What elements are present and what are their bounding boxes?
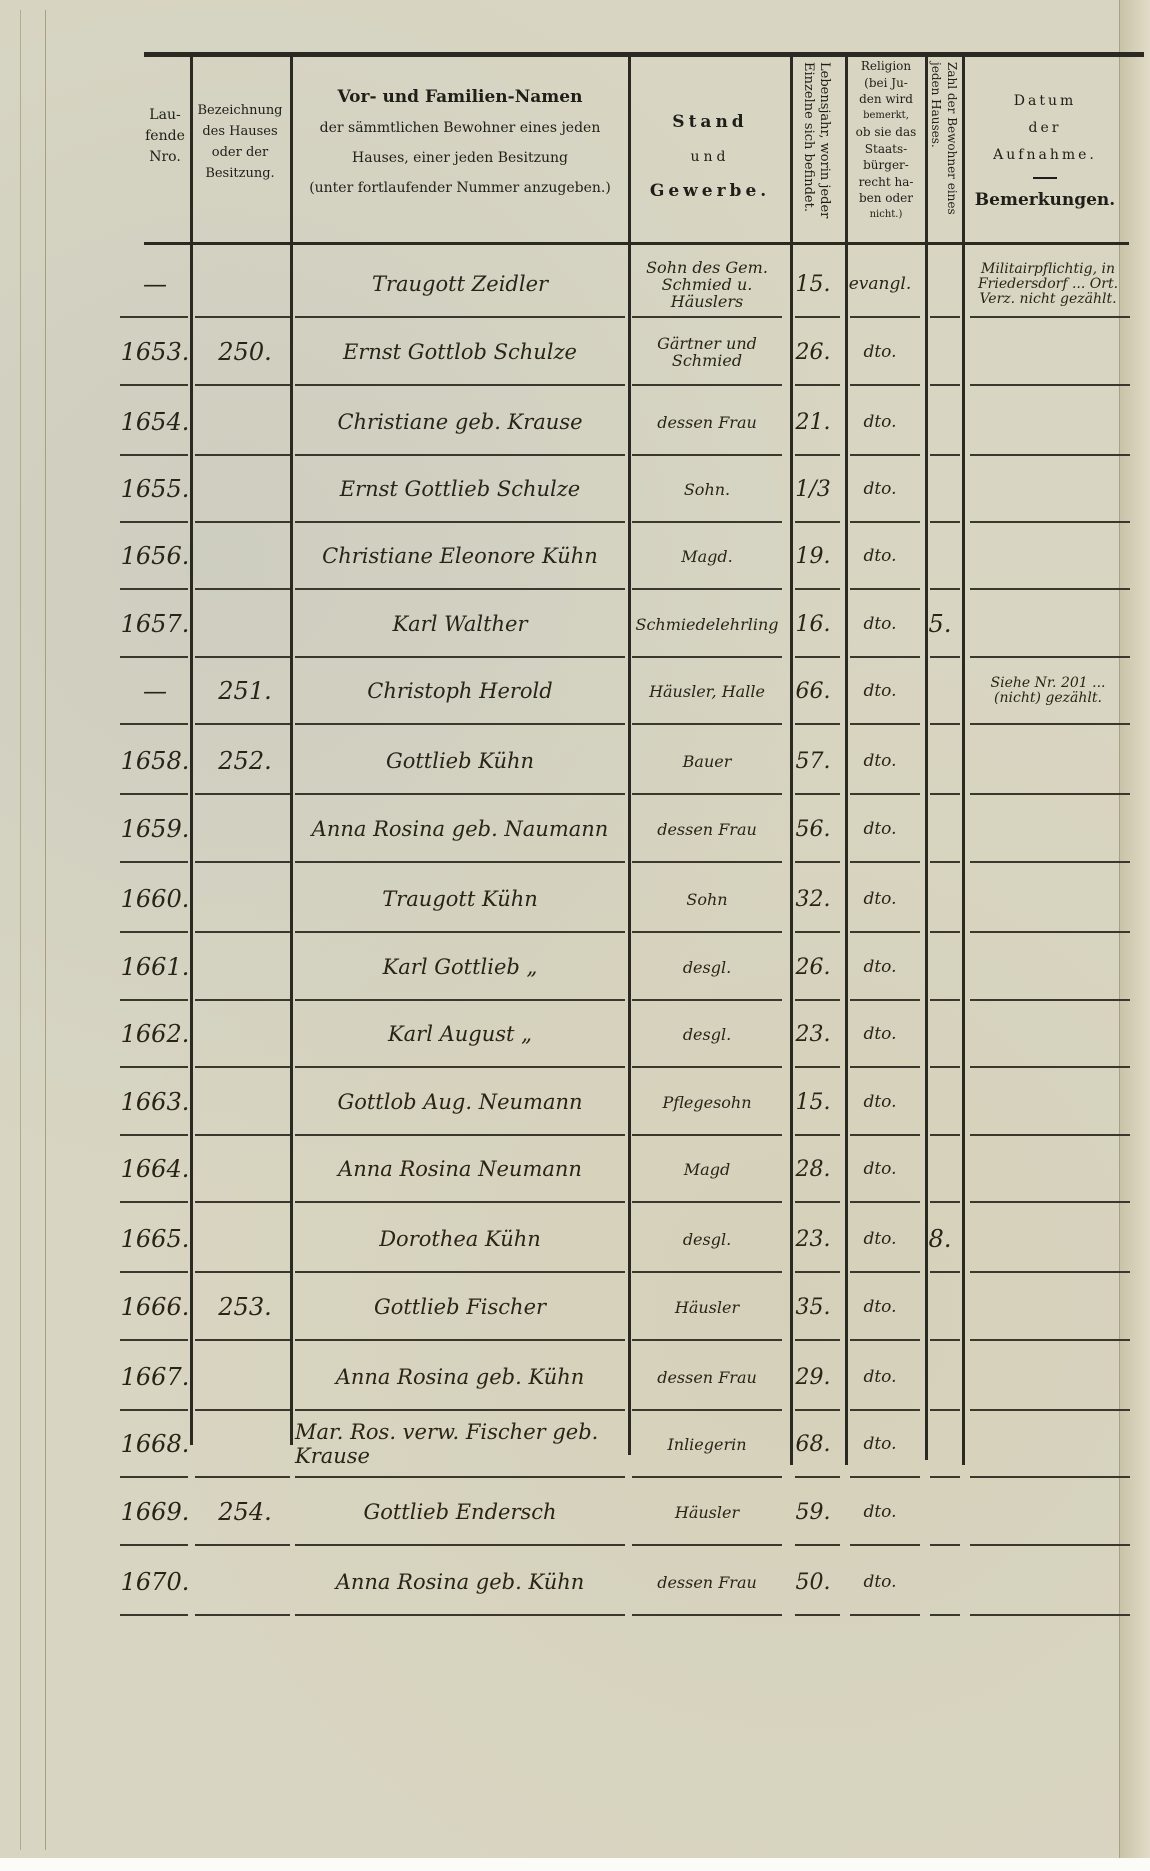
- row-nro: —: [125, 250, 185, 318]
- row-rule: [930, 384, 960, 386]
- row-occupation: Sohn des Gem. Schmied u. Häuslers: [632, 250, 782, 318]
- row-rule: [850, 723, 920, 725]
- row-age: 66.: [788, 657, 838, 725]
- header-nro: Lau- fende Nro.: [142, 105, 188, 168]
- header-text: nicht.): [848, 207, 924, 224]
- row-nro: 1658.: [125, 727, 185, 795]
- row-rule: [195, 384, 290, 386]
- row-age: 21.: [788, 388, 838, 456]
- row-nro: 1656.: [125, 522, 185, 590]
- row-rule: [930, 1614, 960, 1616]
- row-rule: [632, 1201, 782, 1203]
- row-rule: [970, 1201, 1130, 1203]
- row-house-number: 254.: [200, 1478, 290, 1546]
- row-occupation: Magd: [632, 1135, 782, 1203]
- row-household-count: [920, 455, 960, 523]
- row-household-count: [920, 727, 960, 795]
- row-rule: [120, 723, 188, 725]
- row-house-number: [200, 795, 290, 863]
- row-household-count: [920, 318, 960, 386]
- row-religion: dto.: [845, 522, 915, 590]
- row-rule: [295, 723, 625, 725]
- row-name: Ernst Gottlieb Schulze: [295, 455, 625, 523]
- row-rule: [295, 1201, 625, 1203]
- row-rule: [930, 1544, 960, 1546]
- row-rule: [795, 1544, 840, 1546]
- row-rule: [930, 1339, 960, 1341]
- row-house-number: 250.: [200, 318, 290, 386]
- row-religion: dto.: [845, 795, 915, 863]
- row-house-number: [200, 1343, 290, 1411]
- row-rule: [850, 1544, 920, 1546]
- row-household-count: [920, 1410, 960, 1478]
- row-name: Anna Rosina Neumann: [295, 1135, 625, 1203]
- row-rule: [120, 1544, 188, 1546]
- row-household-count: [920, 1548, 960, 1616]
- header-alter: Lebensjahr, worin jeder Einzelne sich be…: [800, 62, 832, 237]
- header-title: Bemerkungen.: [975, 190, 1115, 210]
- row-rule: [632, 1614, 782, 1616]
- header-text: Staats-: [848, 141, 924, 158]
- row-house-number: [200, 1135, 290, 1203]
- row-religion: dto.: [845, 1068, 915, 1136]
- row-rule: [930, 1201, 960, 1203]
- row-occupation: Schmiedelehrling: [632, 590, 782, 658]
- header-text: (bei Ju-: [848, 75, 924, 92]
- row-rule: [970, 1339, 1130, 1341]
- row-house-number: [200, 522, 290, 590]
- table-row: 1667. Anna Rosina geb. Kühn dessen Frau …: [120, 1343, 1130, 1411]
- row-occupation: dessen Frau: [632, 1548, 782, 1616]
- row-nro: 1659.: [125, 795, 185, 863]
- header-title: Gewerbe.: [650, 181, 770, 201]
- row-rule: [195, 1339, 290, 1341]
- row-remarks: [968, 1548, 1128, 1616]
- row-nro: 1662.: [125, 1000, 185, 1068]
- row-age: 29.: [788, 1343, 838, 1411]
- row-nro: 1660.: [125, 865, 185, 933]
- row-religion: dto.: [845, 455, 915, 523]
- table-row: 1658. 252. Gottlieb Kühn Bauer 57. dto.: [120, 727, 1130, 795]
- row-house-number: [200, 250, 290, 318]
- row-household-count: 5.: [920, 590, 960, 658]
- header-text: der: [965, 115, 1125, 142]
- row-rule: [795, 384, 840, 386]
- row-household-count: [920, 1343, 960, 1411]
- row-age: 15.: [788, 1068, 838, 1136]
- row-religion: dto.: [845, 318, 915, 386]
- row-nro: 1663.: [125, 1068, 185, 1136]
- top-rule: [144, 52, 1144, 57]
- row-rule: [195, 1201, 290, 1203]
- row-remarks: [968, 522, 1128, 590]
- row-house-number: [200, 1548, 290, 1616]
- row-remarks: Militairpflichtig, in Frieders­dorf ... …: [968, 250, 1128, 318]
- header-text: Besitzung.: [192, 163, 288, 184]
- table-row: 1666. 253. Gottlieb Fischer Häusler 35. …: [120, 1273, 1130, 1341]
- row-nro: 1655.: [125, 455, 185, 523]
- row-rule: [795, 723, 840, 725]
- row-household-count: [920, 1000, 960, 1068]
- row-household-count: 8.: [920, 1205, 960, 1273]
- row-remarks: [968, 1478, 1128, 1546]
- row-rule: [795, 1201, 840, 1203]
- row-age: 59.: [788, 1478, 838, 1546]
- row-name: Christoph Herold: [295, 657, 625, 725]
- row-age: 28.: [788, 1135, 838, 1203]
- header-text: Lau-: [142, 105, 188, 126]
- row-rule: [632, 861, 782, 863]
- row-occupation: desgl.: [632, 933, 782, 1001]
- row-rule: [850, 1614, 920, 1616]
- row-occupation: Gärtner und Schmied: [632, 318, 782, 386]
- header-religion: Religion (bei Ju- den wird bemerkt, ob s…: [848, 58, 924, 223]
- row-age: 50.: [788, 1548, 838, 1616]
- row-rule: [295, 384, 625, 386]
- row-house-number: [200, 1410, 290, 1478]
- header-text: den wird: [848, 91, 924, 108]
- row-religion: dto.: [845, 1343, 915, 1411]
- table-row: 1661. Karl Gottlieb „ desgl. 26. dto.: [120, 933, 1130, 1001]
- row-household-count: [920, 1068, 960, 1136]
- table-row: 1657. Karl Walther Schmiedelehrling 16. …: [120, 590, 1130, 658]
- header-text: ob sie das: [848, 124, 924, 141]
- header-text: Hauses, einer jeden Besitzung: [295, 143, 625, 173]
- row-name: Gottlieb Fischer: [295, 1273, 625, 1341]
- row-household-count: [920, 933, 960, 1001]
- row-rule: [795, 861, 840, 863]
- row-religion: evangl.: [845, 250, 915, 318]
- row-rule: [195, 861, 290, 863]
- header-text: der sämmtlichen Bewohner eines jeden: [295, 113, 625, 143]
- row-rule: [850, 1201, 920, 1203]
- row-remarks: [968, 1000, 1128, 1068]
- row-remarks: [968, 865, 1128, 933]
- row-rule: [970, 861, 1130, 863]
- row-remarks: [968, 795, 1128, 863]
- row-house-number: [200, 865, 290, 933]
- row-remarks: [968, 933, 1128, 1001]
- row-rule: [970, 1544, 1130, 1546]
- row-remarks: [968, 727, 1128, 795]
- row-nro: 1667.: [125, 1343, 185, 1411]
- row-rule: [120, 861, 188, 863]
- row-religion: dto.: [845, 1205, 915, 1273]
- row-household-count: [920, 795, 960, 863]
- row-religion: dto.: [845, 1135, 915, 1203]
- row-occupation: Häusler: [632, 1273, 782, 1341]
- row-house-number: [200, 455, 290, 523]
- row-religion: dto.: [845, 865, 915, 933]
- row-household-count: [920, 250, 960, 318]
- table-row: 1659. Anna Rosina geb. Naumann dessen Fr…: [120, 795, 1130, 863]
- row-rule: [930, 723, 960, 725]
- row-house-number: [200, 1068, 290, 1136]
- row-name: Traugott Kühn: [295, 865, 625, 933]
- header-text: Religion: [848, 58, 924, 75]
- header-text: Aufnahme.: [965, 142, 1125, 169]
- row-household-count: [920, 657, 960, 725]
- row-occupation: Bauer: [632, 727, 782, 795]
- row-occupation: Inliegerin: [632, 1410, 782, 1478]
- row-name: Karl Walther: [295, 590, 625, 658]
- header-text: Bezeichnung: [192, 100, 288, 121]
- row-occupation: dessen Frau: [632, 1343, 782, 1411]
- row-religion: dto.: [845, 1000, 915, 1068]
- row-nro: 1670.: [125, 1548, 185, 1616]
- row-remarks: Siehe Nr. 201 ... (nicht) gezählt.: [968, 657, 1128, 725]
- row-house-number: 251.: [200, 657, 290, 725]
- row-age: 32.: [788, 865, 838, 933]
- row-remarks: [968, 1273, 1128, 1341]
- row-rule: [850, 1339, 920, 1341]
- row-house-number: [200, 933, 290, 1001]
- row-rule: [120, 1201, 188, 1203]
- row-nro: 1669.: [125, 1478, 185, 1546]
- header-namen: Vor- und Familien-Namen der sämmtlichen …: [295, 82, 625, 203]
- row-nro: —: [125, 657, 185, 725]
- row-remarks: [968, 1068, 1128, 1136]
- row-name: Karl Gottlieb „: [295, 933, 625, 1001]
- row-religion: dto.: [845, 1478, 915, 1546]
- table-row: 1662. Karl August „ desgl. 23. dto.: [120, 1000, 1130, 1068]
- header-datum: Datum der Aufnahme. Bemerkungen.: [965, 88, 1125, 215]
- row-name: Anna Rosina geb. Naumann: [295, 795, 625, 863]
- row-rule: [120, 1614, 188, 1616]
- row-house-number: [200, 590, 290, 658]
- row-household-count: [920, 1135, 960, 1203]
- row-house-number: [200, 1000, 290, 1068]
- table-row: 1670. Anna Rosina geb. Kühn dessen Frau …: [120, 1548, 1130, 1616]
- row-age: 26.: [788, 318, 838, 386]
- header-text: oder der: [192, 142, 288, 163]
- header-text: bürger-: [848, 157, 924, 174]
- row-religion: dto.: [845, 388, 915, 456]
- header-text: Datum: [965, 88, 1125, 115]
- row-nro: 1668.: [125, 1410, 185, 1478]
- row-religion: dto.: [845, 657, 915, 725]
- table-row: — 251. Christoph Herold Häusler, Halle 6…: [120, 657, 1130, 725]
- header-text: recht ha-: [848, 174, 924, 191]
- row-remarks: [968, 455, 1128, 523]
- row-age: 15.: [788, 250, 838, 318]
- row-age: 1/3: [788, 455, 838, 523]
- row-remarks: [968, 1135, 1128, 1203]
- row-name: Mar. Ros. verw. Fischer geb. Krause: [295, 1410, 625, 1478]
- row-name: Christiane geb. Krause: [295, 388, 625, 456]
- row-remarks: [968, 318, 1128, 386]
- header-text: ben oder: [848, 190, 924, 207]
- row-rule: [632, 1544, 782, 1546]
- row-rule: [295, 1339, 625, 1341]
- row-remarks: [968, 1343, 1128, 1411]
- row-name: Traugott Zeidler: [295, 250, 625, 318]
- row-nro: 1665.: [125, 1205, 185, 1273]
- row-occupation: dessen Frau: [632, 795, 782, 863]
- row-name: Gottlieb Kühn: [295, 727, 625, 795]
- header-title: Stand: [672, 112, 747, 132]
- row-age: 26.: [788, 933, 838, 1001]
- header-stand: Stand und Gewerbe.: [632, 105, 788, 209]
- row-rule: [295, 1544, 625, 1546]
- row-house-number: [200, 388, 290, 456]
- row-house-number: 253.: [200, 1273, 290, 1341]
- row-rule: [195, 723, 290, 725]
- row-age: 57.: [788, 727, 838, 795]
- row-nro: 1666.: [125, 1273, 185, 1341]
- row-age: 19.: [788, 522, 838, 590]
- row-religion: dto.: [845, 727, 915, 795]
- row-name: Gottlieb Endersch: [295, 1478, 625, 1546]
- row-religion: dto.: [845, 933, 915, 1001]
- page-stack-edge: [0, 10, 46, 1850]
- row-nro: 1654.: [125, 388, 185, 456]
- row-household-count: [920, 1478, 960, 1546]
- header-zahl: Zahl der Bewohner eines jeden Hauses.: [928, 62, 960, 237]
- header-text: des Hauses: [192, 121, 288, 142]
- table-row: 1664. Anna Rosina Neumann Magd 28. dto.: [120, 1135, 1130, 1203]
- row-name: Gottlob Aug. Neumann: [295, 1068, 625, 1136]
- table-row: 1653. 250. Ernst Gottlob Schulze Gärtner…: [120, 318, 1130, 386]
- header-divider: [1033, 177, 1057, 179]
- header-text: und: [632, 140, 788, 174]
- row-occupation: Häusler, Halle: [632, 657, 782, 725]
- row-nro: 1661.: [125, 933, 185, 1001]
- row-rule: [970, 384, 1130, 386]
- row-rule: [295, 861, 625, 863]
- row-name: Anna Rosina geb. Kühn: [295, 1548, 625, 1616]
- row-rule: [795, 1339, 840, 1341]
- row-remarks: [968, 590, 1128, 658]
- row-name: Karl August „: [295, 1000, 625, 1068]
- row-nro: 1664.: [125, 1135, 185, 1203]
- row-occupation: desgl.: [632, 1000, 782, 1068]
- row-rule: [850, 384, 920, 386]
- table-row: 1668. Mar. Ros. verw. Fischer geb. Kraus…: [120, 1410, 1130, 1478]
- row-rule: [795, 1614, 840, 1616]
- row-religion: dto.: [845, 1410, 915, 1478]
- row-age: 35.: [788, 1273, 838, 1341]
- row-rule: [970, 723, 1130, 725]
- row-nro: 1657.: [125, 590, 185, 658]
- table-row: 1665. Dorothea Kühn desgl. 23. dto. 8.: [120, 1205, 1130, 1273]
- header-text: (unter fortlaufender Nummer anzugeben.): [295, 173, 625, 203]
- row-household-count: [920, 1273, 960, 1341]
- row-name: Christiane Eleonore Kühn: [295, 522, 625, 590]
- row-rule: [970, 1614, 1130, 1616]
- row-name: Dorothea Kühn: [295, 1205, 625, 1273]
- row-religion: dto.: [845, 590, 915, 658]
- header-text: bemerkt,: [848, 108, 924, 125]
- row-age: 68.: [788, 1410, 838, 1478]
- row-name: Anna Rosina geb. Kühn: [295, 1343, 625, 1411]
- row-rule: [632, 1339, 782, 1341]
- row-rule: [195, 1544, 290, 1546]
- register-page: Lau- fende Nro. Bezeichnung des Hauses o…: [0, 0, 1150, 1858]
- row-occupation: Sohn: [632, 865, 782, 933]
- row-household-count: [920, 865, 960, 933]
- table-row: — Traugott Zeidler Sohn des Gem. Schmied…: [120, 250, 1130, 318]
- row-rule: [120, 384, 188, 386]
- table-row: 1654. Christiane geb. Krause dessen Frau…: [120, 388, 1130, 456]
- row-occupation: dessen Frau: [632, 388, 782, 456]
- row-rule: [850, 861, 920, 863]
- table-row: 1660. Traugott Kühn Sohn 32. dto.: [120, 865, 1130, 933]
- row-rule: [930, 861, 960, 863]
- header-text: Nro.: [142, 147, 188, 168]
- row-house-number: [200, 1205, 290, 1273]
- row-occupation: Häusler: [632, 1478, 782, 1546]
- row-household-count: [920, 522, 960, 590]
- table-row: 1655. Ernst Gottlieb Schulze Sohn. 1/3 d…: [120, 455, 1130, 523]
- header-text: fende: [142, 126, 188, 147]
- row-occupation: Pflegesohn: [632, 1068, 782, 1136]
- row-house-number: 252.: [200, 727, 290, 795]
- row-rule: [632, 384, 782, 386]
- header-title: Vor- und Familien-Namen: [338, 87, 583, 107]
- row-rule: [295, 1614, 625, 1616]
- row-name: Ernst Gottlob Schulze: [295, 318, 625, 386]
- row-age: 16.: [788, 590, 838, 658]
- row-occupation: Sohn.: [632, 455, 782, 523]
- row-age: 23.: [788, 1205, 838, 1273]
- row-occupation: desgl.: [632, 1205, 782, 1273]
- row-rule: [120, 1339, 188, 1341]
- row-remarks: [968, 1205, 1128, 1273]
- row-household-count: [920, 388, 960, 456]
- row-nro: 1653.: [125, 318, 185, 386]
- table-row: 1656. Christiane Eleonore Kühn Magd. 19.…: [120, 522, 1130, 590]
- row-rule: [632, 723, 782, 725]
- row-age: 23.: [788, 1000, 838, 1068]
- row-occupation: Magd.: [632, 522, 782, 590]
- row-religion: dto.: [845, 1548, 915, 1616]
- row-religion: dto.: [845, 1273, 915, 1341]
- row-remarks: [968, 388, 1128, 456]
- table-row: 1669. 254. Gottlieb Endersch Häusler 59.…: [120, 1478, 1130, 1546]
- table-row: 1663. Gottlob Aug. Neumann Pflegesohn 15…: [120, 1068, 1130, 1136]
- header-haus: Bezeichnung des Hauses oder der Besitzun…: [192, 100, 288, 184]
- row-age: 56.: [788, 795, 838, 863]
- row-rule: [195, 1614, 290, 1616]
- row-remarks: [968, 1410, 1128, 1478]
